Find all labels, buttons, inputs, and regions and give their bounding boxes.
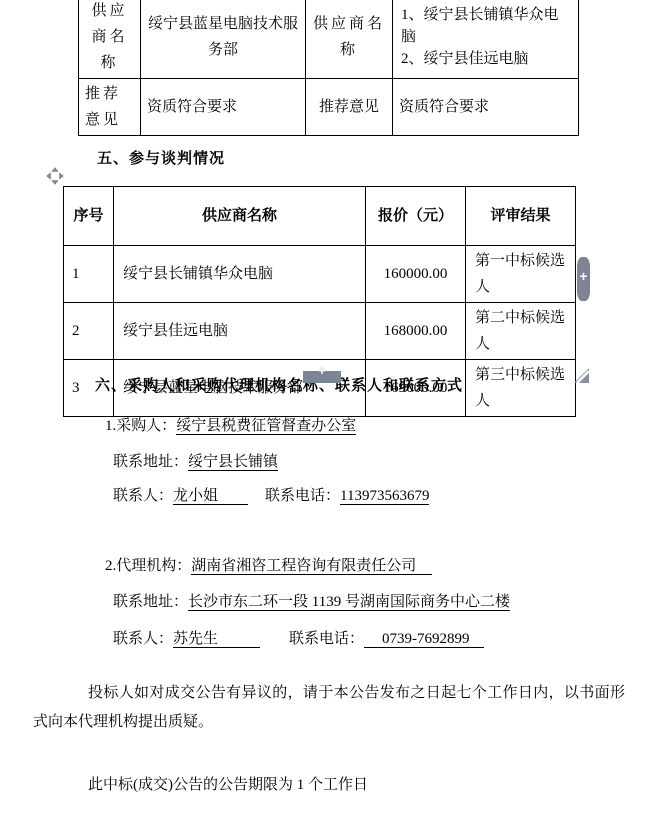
agency-name: 湖南省湘咨工程咨询有限责任公司 [191,558,432,575]
table-row: 2 绥宁县佳远电脑 168000.00 第二中标候选人 [64,303,576,360]
col-header-price: 报价（元） [366,187,466,246]
col-header-index: 序号 [64,187,114,246]
agency-label: 2.代理机构： [105,558,191,574]
purchaser-address-line: 联系地址：绥宁县长铺镇 [113,450,633,471]
agency-address-line: 联系地址：长沙市东二环一段 1139 号湖南国际商务中心二楼 [113,590,633,611]
agency-line: 2.代理机构：湖南省湘咨工程咨询有限责任公司 [105,554,625,575]
cell-result: 第一中标候选人 [466,246,576,303]
agency-phone: 0739-7692899 [364,631,484,648]
supplier-recommendation-table: 供应商名称 绥宁县蓝星电脑技术服务部 供应商名称 1、绥宁县长铺镇华众电脑 2、… [78,0,579,136]
purchaser-label: 1.采购人： [105,418,176,434]
section-5-heading: 五、参与谈判情况 [97,147,225,168]
cell-supplier: 绥宁县长铺镇华众电脑 [114,246,366,303]
insert-column-handle[interactable]: + [577,257,590,301]
agency-contact: 苏先生 [173,631,260,648]
table-row: 推荐意见 资质符合要求 推荐意见 资质符合要求 [79,79,579,136]
objection-notice-paragraph: 投标人如对成交公告有异议的，请于本公告发布之日起七个工作日内，以书面形式向本代理… [33,679,625,737]
agency-contact-line: 联系人：苏先生 联系电话：0739-7692899 [113,627,633,648]
recommendation-value-cell: 资质符合要求 [141,79,306,136]
purchaser-address: 绥宁县长铺镇 [188,454,278,471]
supplier-name-value-cell: 绥宁县蓝星电脑技术服务部 [141,0,306,79]
phone-label: 联系电话： [289,631,364,647]
purchaser-phone-group: 联系电话：113973563679 [265,484,429,505]
address-label: 联系地址： [113,454,188,470]
agency-phone-group: 联系电话：0739-7692899 [289,627,484,648]
purchaser-name: 绥宁县税费征管督查办公室 [176,418,356,435]
announcement-period-text: 此中标(成交)公告的公告期限为 1 个工作日 [88,773,368,794]
cell-index: 2 [64,303,114,360]
supplier-name-label-cell: 供应商名称 [79,0,141,79]
plus-icon: + [303,364,341,378]
cell-price: 160000.00 [366,246,466,303]
col-header-supplier: 供应商名称 [114,187,366,246]
purchaser-line: 1.采购人：绥宁县税费征管督查办公室 [105,414,625,435]
col-header-result: 评审结果 [466,187,576,246]
recommendation-label-cell: 推荐意见 [306,79,393,136]
cell-price: 168000.00 [366,303,466,360]
recommendation-label-cell: 推荐意见 [79,79,141,136]
cell-supplier: 绥宁县佳远电脑 [114,303,366,360]
recommendation-value-cell: 资质符合要求 [393,79,579,136]
contact-label: 联系人： [113,631,173,647]
table-header-row: 序号 供应商名称 报价（元） 评审结果 [64,187,576,246]
contact-label: 联系人： [113,488,173,504]
purchaser-phone: 113973563679 [340,488,429,505]
purchaser-contact-line: 联系人：龙小姐 联系电话：113973563679 [113,484,633,505]
cell-result: 第三中标候选人 [466,360,576,417]
document-page: 供应商名称 绥宁县蓝星电脑技术服务部 供应商名称 1、绥宁县长铺镇华众电脑 2、… [0,0,655,832]
section-6-heading: 六、采购人和采购代理机构名称、联系人和联系方式 [95,374,463,395]
address-label: 联系地址： [113,594,188,610]
supplier-list-item: 2、绥宁县佳远电脑 [399,48,572,70]
supplier-list-item: 1、绥宁县长铺镇华众电脑 [399,4,572,48]
table-row: 供应商名称 绥宁县蓝星电脑技术服务部 供应商名称 1、绥宁县长铺镇华众电脑 2、… [79,0,579,79]
cell-result: 第二中标候选人 [466,303,576,360]
purchaser-contact: 龙小姐 [173,488,248,505]
insert-row-handle[interactable]: + [303,371,341,383]
phone-label: 联系电话： [265,488,340,504]
table-move-icon[interactable] [46,167,64,185]
cell-index: 1 [64,246,114,303]
plus-icon: + [577,269,590,283]
supplier-list-cell: 1、绥宁县长铺镇华众电脑 2、绥宁县佳远电脑 [393,0,579,79]
agency-address: 长沙市东二环一段 1139 号湖南国际商务中心二楼 [188,594,510,611]
table-row: 1 绥宁县长铺镇华众电脑 160000.00 第一中标候选人 [64,246,576,303]
table-resize-icon[interactable] [574,368,589,383]
supplier-name-label-cell: 供应商名称 [306,0,393,79]
